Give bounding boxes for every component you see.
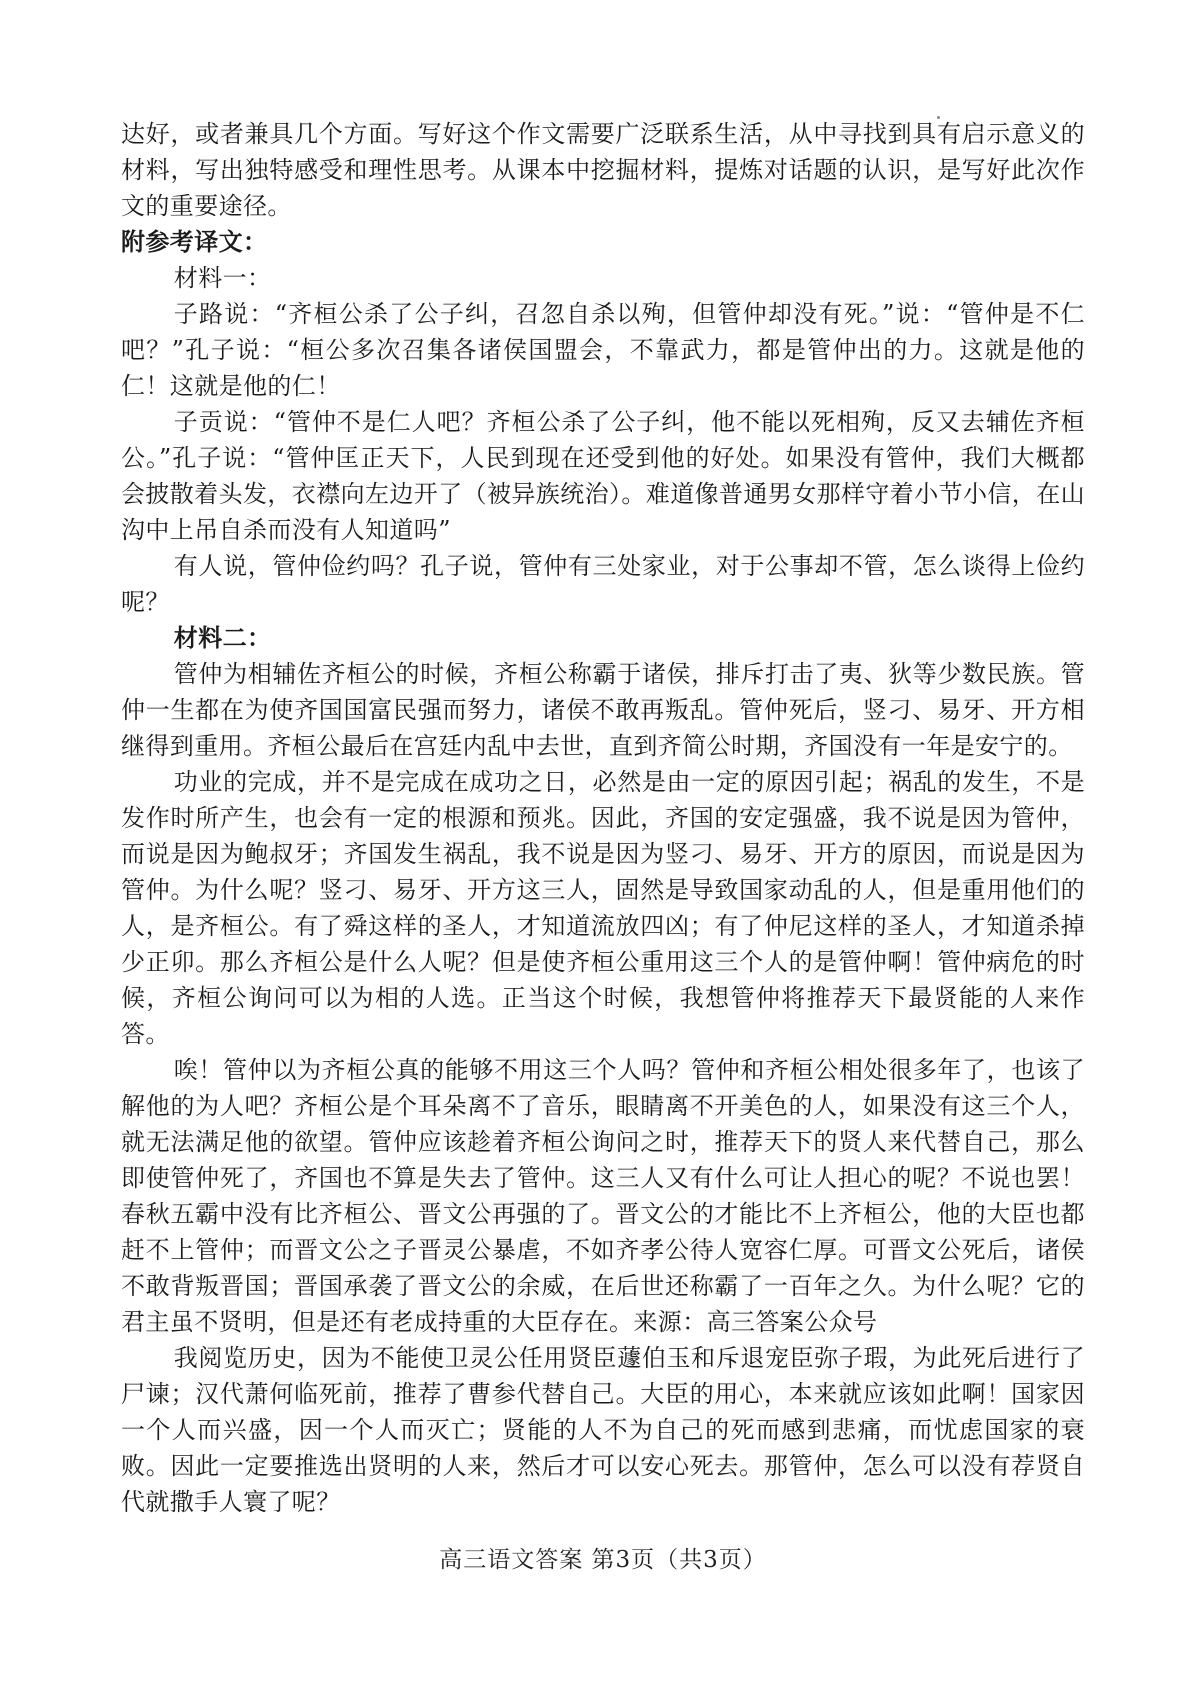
page-footer: 高三语文答案 第3页（共3页） xyxy=(121,1545,1085,1575)
material-1-heading: 材料一： xyxy=(121,260,1085,296)
scanned-answer-page: 达好，或者兼具几个方面。写好这个作文需要广泛联系生活，从中寻找到具有启示意义的材… xyxy=(0,0,1200,1696)
paragraph-guanzhong-chancellor: 管仲为相辅佐齐桓公的时候，齐桓公称霸于诸侯，排斥打击了夷、狄等少数民族。管仲一生… xyxy=(121,656,1085,764)
paragraph-lament: 唉！管仲以为齐桓公真的能够不用这三个人吗？管仲和齐桓公相处很多年了，也该了解他的… xyxy=(121,1052,1085,1340)
document-body: 达好，或者兼具几个方面。写好这个作文需要广泛联系生活，从中寻找到具有启示意义的材… xyxy=(121,116,1085,1520)
paragraph-zigong-dialogue: 子贡说：“管仲不是仁人吧？齐桓公杀了公子纠，他不能以死相殉，反又去辅佐齐桓公。”… xyxy=(121,404,1085,548)
translation-section-heading: 附参考译文： xyxy=(121,224,1085,260)
paragraph-essay-guidance: 达好，或者兼具几个方面。写好这个作文需要广泛联系生活，从中寻找到具有启示意义的材… xyxy=(121,116,1085,224)
paragraph-zilu-dialogue: 子路说：“齐桓公杀了公子纠，召忽自杀以殉，但管仲却没有死。”说：“管仲是不仁吧？… xyxy=(121,296,1085,404)
footer-text: 高三语文答案 第3页（共3页） xyxy=(439,1547,767,1573)
paragraph-history-review: 我阅览历史，因为不能使卫灵公任用贤臣蘧伯玉和斥退宠臣弥子瑕，为此死后进行了尸谏；… xyxy=(121,1340,1085,1520)
paragraph-achievement-causes: 功业的完成，并不是完成在成功之日，必然是由一定的原因引起；祸乱的发生，不是发作时… xyxy=(121,764,1085,1052)
paragraph-frugality: 有人说，管仲俭约吗？孔子说，管仲有三处家业，对于公事却不管，怎么谈得上俭约呢？ xyxy=(121,548,1085,620)
material-2-heading: 材料二： xyxy=(121,620,1085,656)
